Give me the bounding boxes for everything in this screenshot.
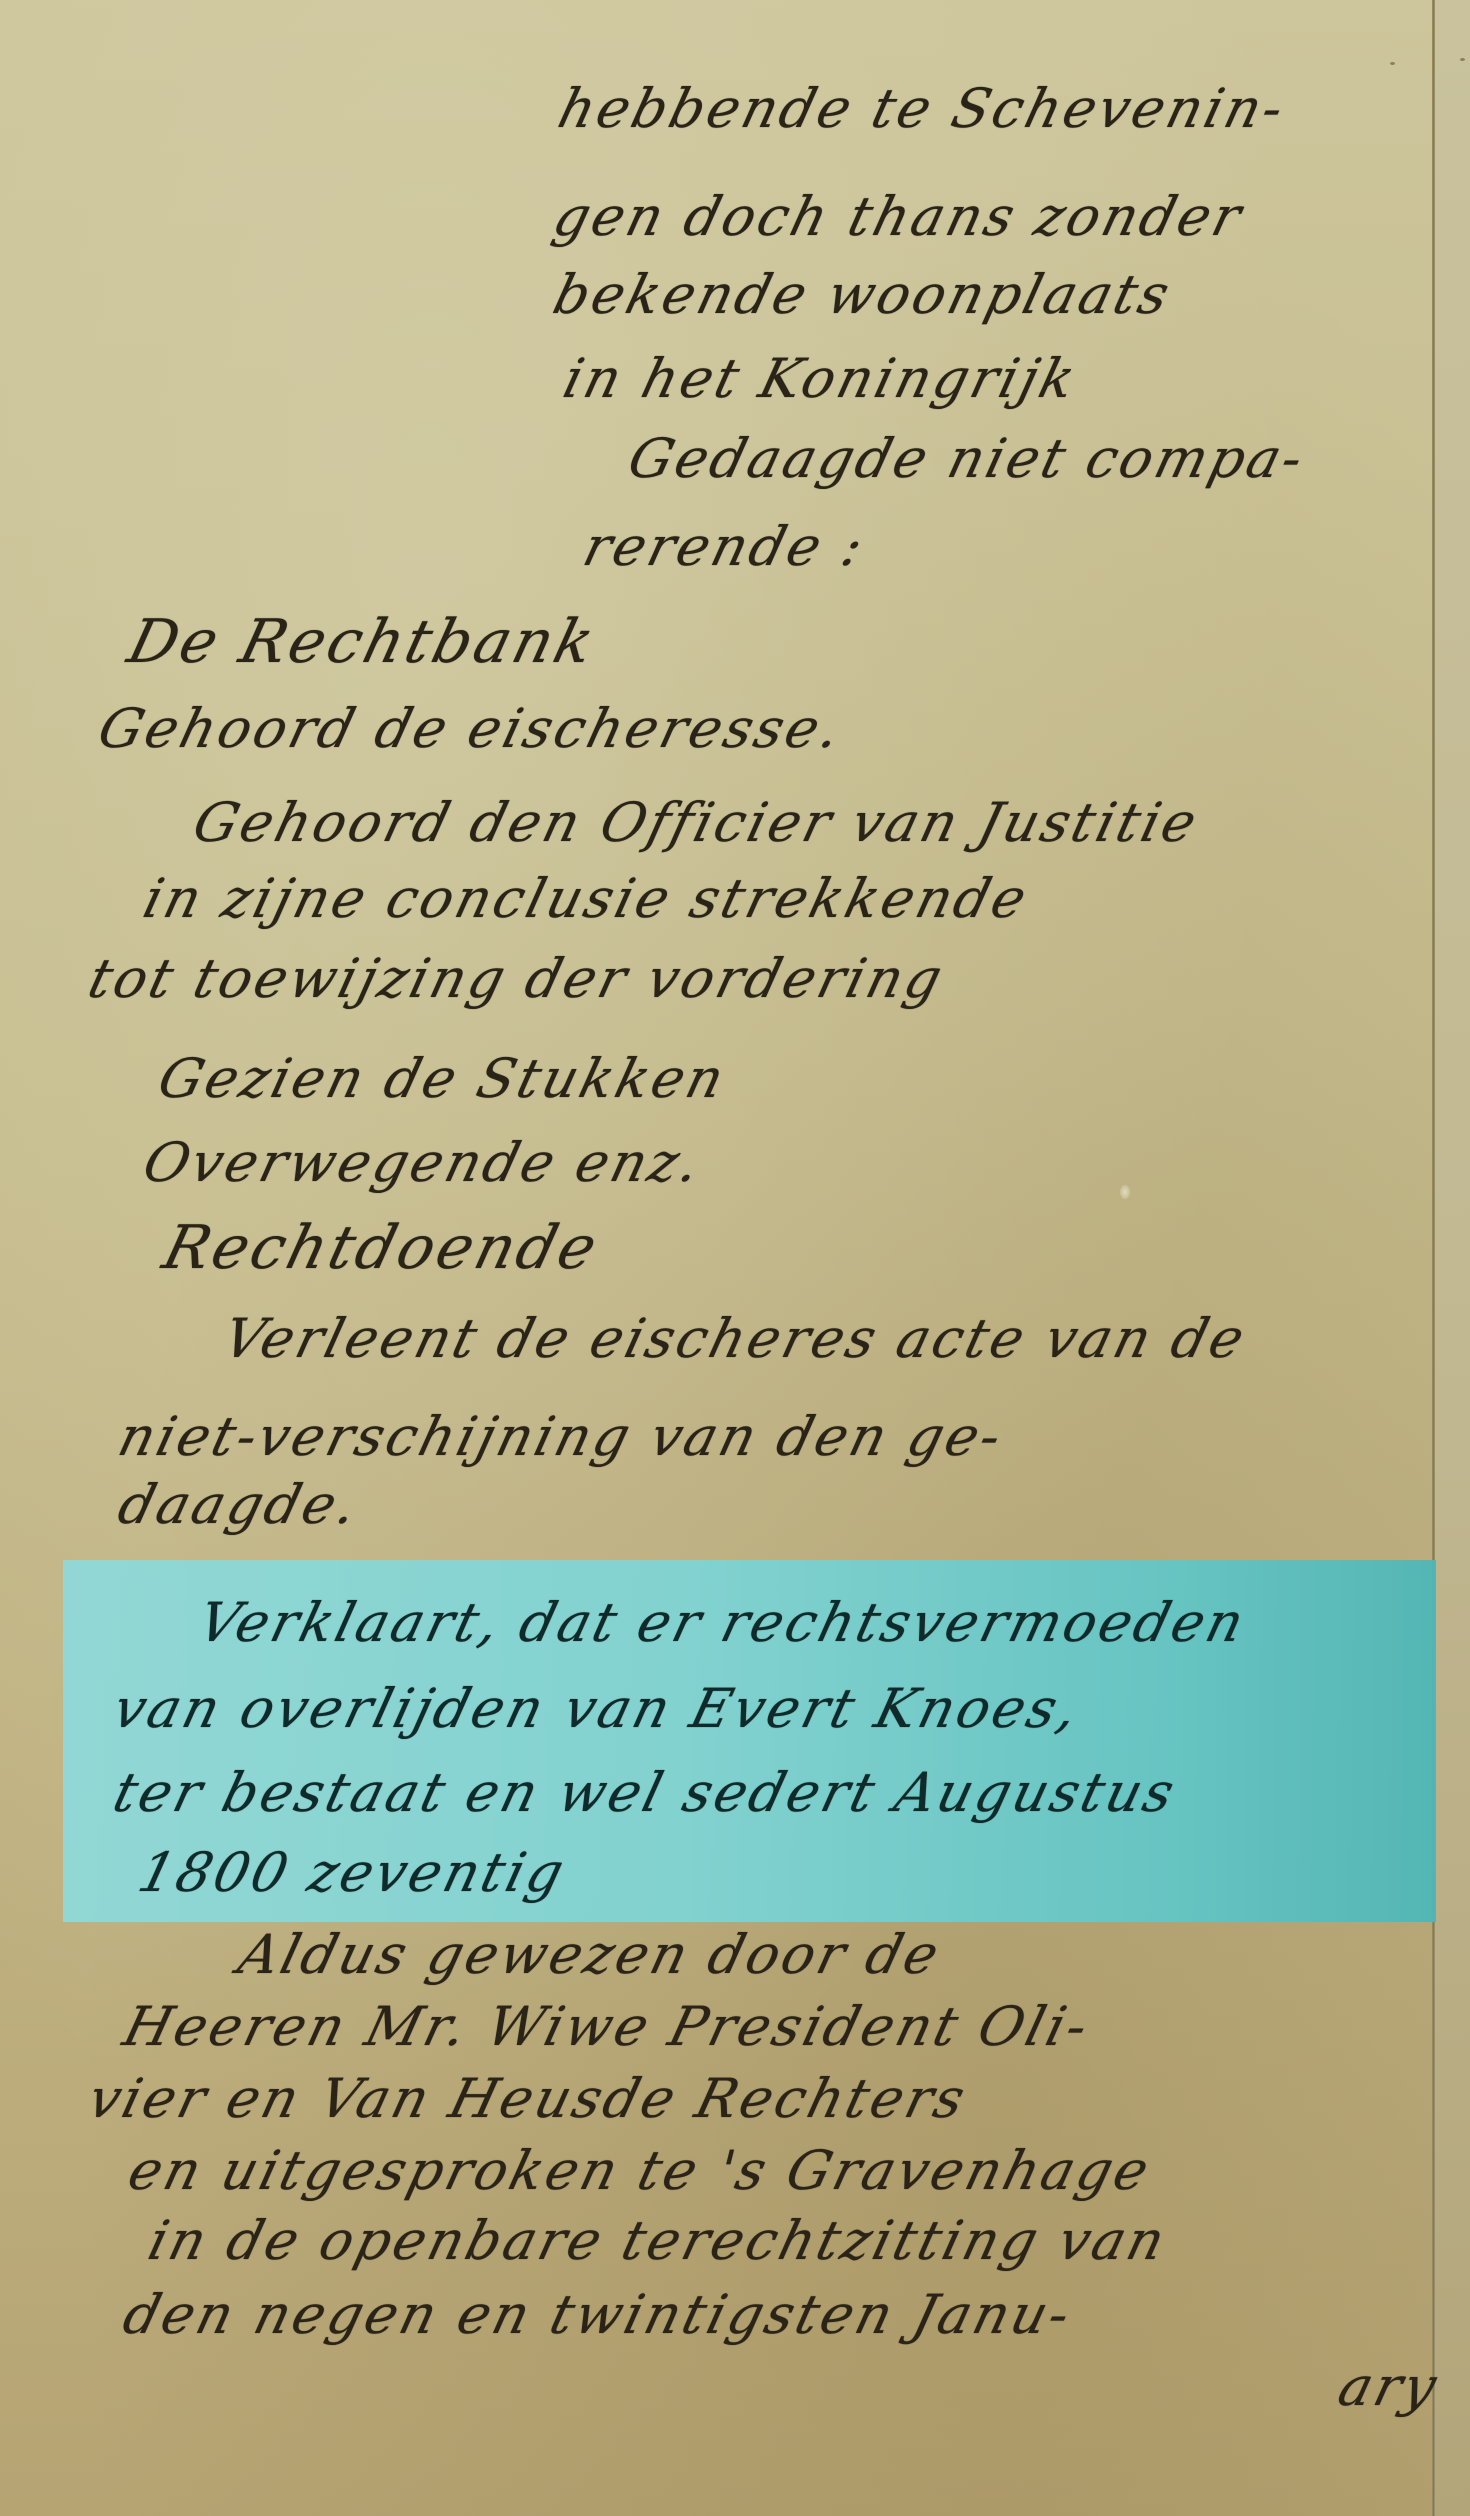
ink-speck — [1460, 58, 1465, 61]
text-line: rerende : — [578, 520, 871, 574]
text-line: Gehoord den Officier van Justitie — [188, 796, 1204, 850]
highlighted-text-line: ter bestaat en wel sedert Augustus — [108, 1766, 1182, 1820]
text-line: niet-verschijning van den ge- — [113, 1410, 1009, 1464]
section-heading-rechtdoende: Rechtdoende — [158, 1218, 606, 1278]
text-line: den negen en twintigsten Janu- — [118, 2288, 1078, 2342]
highlighted-text-line: van overlijden van Evert Knoes, — [108, 1682, 1085, 1736]
text-line: gen doch thans zonder — [548, 190, 1249, 244]
text-line: Gehoord de eischeresse. — [93, 702, 848, 756]
text-line: in het Koningrijk — [558, 352, 1083, 406]
text-line: Aldus gewezen door de — [233, 1928, 946, 1982]
text-line: bekende woonplaats — [548, 268, 1177, 322]
highlighted-text-line: Verklaart, dat er rechtsvermoeden — [193, 1596, 1252, 1650]
text-line: Overwegende enz. — [138, 1136, 708, 1190]
adjacent-page-margin — [1435, 0, 1470, 2516]
text-line: daagde. — [113, 1478, 365, 1532]
text-line: Gedaagde niet compa- — [623, 432, 1311, 486]
text-line: Heeren Mr. Wiwe President Oli- — [118, 2000, 1095, 2054]
text-line: ary — [1333, 2360, 1444, 2414]
text-line: in zijne conclusie strekkende — [138, 872, 1034, 926]
text-line: vier en Van Heusde Rechters — [83, 2072, 972, 2126]
highlighted-text-line: 1800 zeventig — [133, 1846, 571, 1900]
text-line: Verleent de eischeres acte van de — [218, 1312, 1252, 1366]
text-line: en uitgesproken te 's Gravenhage — [123, 2144, 1156, 2198]
text-line: tot toewijzing der vordering — [83, 952, 949, 1006]
ink-speck — [1390, 62, 1395, 65]
text-line: hebbende te Schevenin- — [553, 82, 1291, 136]
paper-mark — [1120, 1185, 1130, 1199]
section-heading-rechtbank: De Rechtbank — [123, 612, 603, 672]
text-line: in de openbare terechtzitting van — [143, 2214, 1172, 2268]
text-line: Gezien de Stukken — [153, 1052, 732, 1106]
